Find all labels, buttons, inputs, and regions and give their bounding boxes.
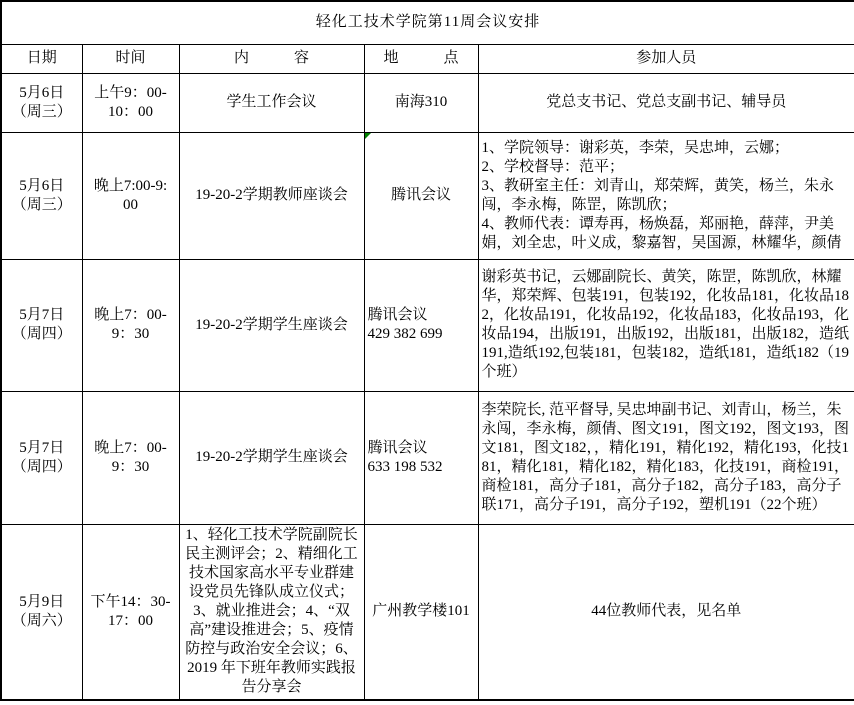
content-cell: 19-20-2学期学生座谈会 <box>179 391 364 524</box>
date-cell: 5月7日 （周四） <box>1 391 82 524</box>
meeting-row-3: 5月7日 （周四） 晚上7：00- 9：30 19-20-2学期学生座谈会 腾讯… <box>1 259 854 391</box>
cell-note-triangle-icon <box>365 133 371 139</box>
participants-cell: 谢彩英书记，云娜副院长、黄笑，陈罡，陈凯欣，林耀华，郑荣辉、包装191，包装19… <box>478 259 854 391</box>
participants-cell: 44位教师代表，见名单 <box>478 524 854 700</box>
title-row: 轻化工技术学院第11周会议安排 <box>1 1 854 44</box>
content-cell: 19-20-2学期教师座谈会 <box>179 132 364 259</box>
time-cell: 晚上7:00-9: 00 <box>82 132 179 259</box>
date-cell: 5月6日 （周三） <box>1 132 82 259</box>
participants-cell: 党总支书记、党总支副书记、辅导员 <box>478 73 854 132</box>
location-cell: 南海310 <box>364 73 478 132</box>
date-cell: 5月6日 （周三） <box>1 73 82 132</box>
location-cell: 腾讯会议 633 198 532 <box>364 391 478 524</box>
content-cell: 学生工作会议 <box>179 73 364 132</box>
meeting-schedule-document: 轻化工技术学院第11周会议安排 日期 时间 内 容 地 点 参加人员 5月6日 … <box>0 0 854 705</box>
header-content: 内 容 <box>179 44 364 73</box>
meeting-row-2: 5月6日 （周三） 晚上7:00-9: 00 19-20-2学期教师座谈会 腾讯… <box>1 132 854 259</box>
header-date: 日期 <box>1 44 82 73</box>
participants-cell: 1、学院领导：谢彩英，李荣，吴忠坤，云娜； 2、学校督导：范平； 3、教研室主任… <box>478 132 854 259</box>
time-cell: 晚上7：00- 9：30 <box>82 259 179 391</box>
content-cell: 1、轻化工技术学院副院长民主测评会；2、精细化工技术国家高水平专业群建设党员先锋… <box>179 524 364 700</box>
header-location: 地 点 <box>364 44 478 73</box>
participants-cell: 李荣院长, 范平督导, 吴忠坤副书记、刘青山，杨兰，朱永闯，李永梅，颜倩、图文1… <box>478 391 854 524</box>
date-cell: 5月7日 （周四） <box>1 259 82 391</box>
meeting-row-1: 5月6日 （周三） 上午9：00- 10：00 学生工作会议 南海310 党总支… <box>1 73 854 132</box>
time-cell: 晚上7：00- 9：30 <box>82 391 179 524</box>
location-text: 腾讯会议 <box>391 187 451 203</box>
page-title: 轻化工技术学院第11周会议安排 <box>1 1 854 44</box>
meeting-row-5: 5月9日 （周六） 下午14：30- 17：00 1、轻化工技术学院副院长民主测… <box>1 524 854 700</box>
header-time: 时间 <box>82 44 179 73</box>
date-cell: 5月9日 （周六） <box>1 524 82 700</box>
content-cell: 19-20-2学期学生座谈会 <box>179 259 364 391</box>
meeting-row-4: 5月7日 （周四） 晚上7：00- 9：30 19-20-2学期学生座谈会 腾讯… <box>1 391 854 524</box>
time-cell: 上午9：00- 10：00 <box>82 73 179 132</box>
time-cell: 下午14：30- 17：00 <box>82 524 179 700</box>
header-row: 日期 时间 内 容 地 点 参加人员 <box>1 44 854 73</box>
location-cell: 腾讯会议 429 382 699 <box>364 259 478 391</box>
schedule-table: 轻化工技术学院第11周会议安排 日期 时间 内 容 地 点 参加人员 5月6日 … <box>0 0 854 701</box>
location-cell: 广州教学楼101 <box>364 524 478 700</box>
location-cell: 腾讯会议 <box>364 132 478 259</box>
header-participants: 参加人员 <box>478 44 854 73</box>
